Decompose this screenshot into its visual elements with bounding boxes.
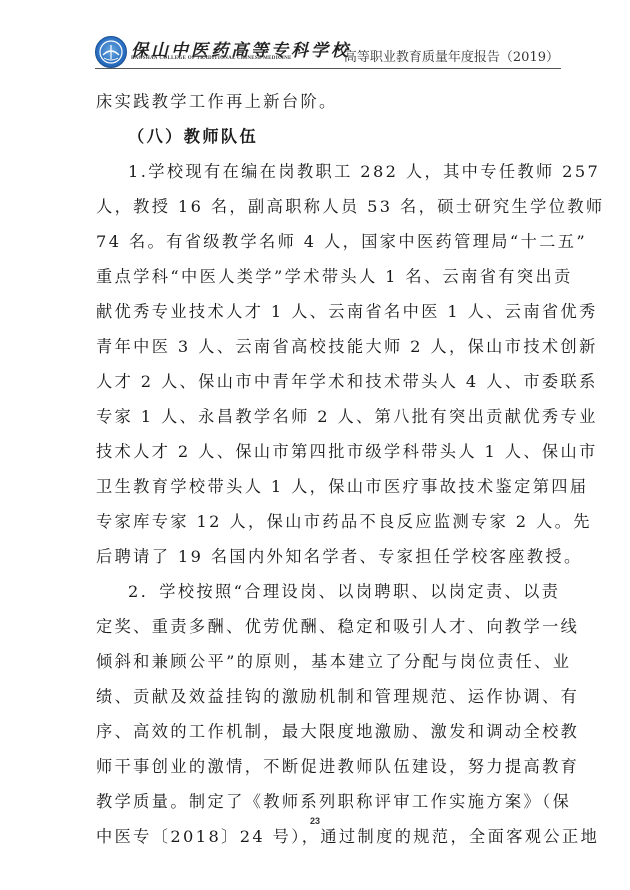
- document-body: 床实践教学工作再上新台阶。 （八）教师队伍 1.学校现有在编在岗教职工 282 …: [96, 84, 562, 854]
- text-line: 重点学科“中医人类学”学术带头人 1 名、云南省有突出贡: [96, 259, 562, 294]
- text-line: 献优秀专业技术人才 1 人、云南省名中医 1 人、云南省优秀: [96, 294, 562, 329]
- text-line: 技术人才 2 人、保山市第四批市级学科带头人 1 人、保山市: [96, 434, 562, 469]
- text-line: 后聘请了 19 名国内外知名学者、专家担任学校客座教授。: [96, 539, 562, 574]
- report-title: 高等职业教育质量年度报告（2019）: [344, 46, 559, 65]
- text-line: 人，教授 16 名，副高职称人员 53 名，硕士研究生学位教师: [96, 189, 562, 224]
- text-line: 定奖、重责多酬、优劳优酬、稳定和吸引人才、向教学一线: [96, 609, 562, 644]
- text-line: 教学质量。制定了《教师系列职称评审工作实施方案》（保: [96, 784, 562, 819]
- school-emblem-icon: [95, 36, 127, 68]
- text-line: 74 名。有省级教学名师 4 人，国家中医药管理局“十二五”: [96, 224, 562, 259]
- text-line: 卫生教育学校带头人 1 人，保山市医疗事故技术鉴定第四届: [96, 469, 562, 504]
- text-line: 床实践教学工作再上新台阶。: [96, 84, 562, 119]
- text-line: 师干事创业的激情，不断促进教师队伍建设，努力提高教育: [96, 749, 562, 784]
- text-line: 序、高效的工作机制，最大限度地激励、激发和调动全校教: [96, 714, 562, 749]
- page-header: 保山中医药高等专科学校 BAOSHAN COLLEGE OF TRADITION…: [95, 34, 561, 69]
- paragraph-start: 1.学校现有在编在岗教职工 282 人，其中专任教师 257: [96, 154, 562, 189]
- text-line: 专家库专家 12 人，保山市药品不良反应监测专家 2 人。先: [96, 504, 562, 539]
- text-line: 绩、贡献及效益挂钩的激励机制和管理规范、运作协调、有: [96, 679, 562, 714]
- text-line: 专家 1 人、永昌教学名师 2 人、第八批有突出贡献优秀专业: [96, 399, 562, 434]
- text-line: 青年中医 3 人、云南省高校技能大师 2 人，保山市技术创新: [96, 329, 562, 364]
- text-line: 倾斜和兼顾公平”的原则，基本建立了分配与岗位责任、业: [96, 644, 562, 679]
- text-line: 人才 2 人、保山市中青年学术和技术带头人 4 人、市委联系: [96, 364, 562, 399]
- paragraph-start: 2．学校按照“合理设岗、以岗聘职、以岗定责、以责: [96, 574, 562, 609]
- school-name-en: BAOSHAN COLLEGE OF TRADITIONAL CHINESE M…: [131, 56, 292, 61]
- page-number: 23: [0, 816, 630, 826]
- section-heading: （八）教师队伍: [96, 119, 562, 154]
